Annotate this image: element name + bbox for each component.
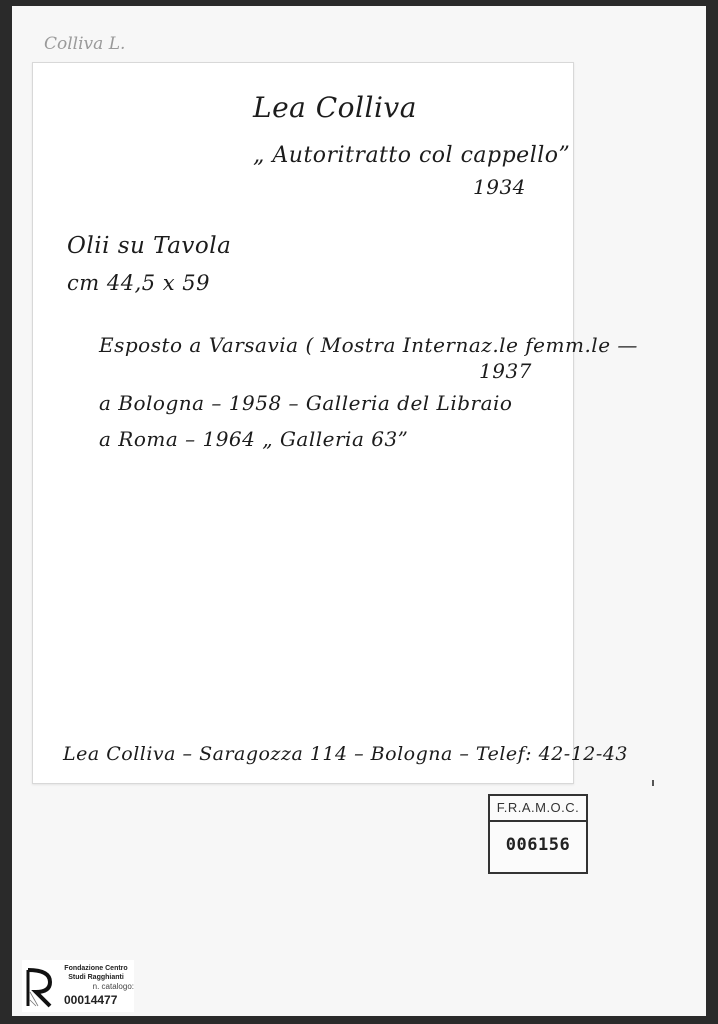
artwork-title: „ Autoritratto col cappello” <box>253 143 570 168</box>
artist-address: Lea Colliva – Saragozza 114 – Bologna – … <box>63 743 628 765</box>
stamp-header: F.R.A.M.O.C. <box>490 796 586 822</box>
artist-name: Lea Colliva <box>253 91 417 124</box>
catalog-number: 00014477 <box>58 992 134 1008</box>
ragghianti-logo-icon <box>26 966 54 1008</box>
artwork-year: 1934 <box>473 175 526 199</box>
artwork-medium: Olii su Tavola <box>67 233 231 259</box>
catalog-org-line2: Studi Ragghianti <box>58 973 134 982</box>
pencil-note: Colliva L. <box>44 34 125 54</box>
exhibition-line: 1937 <box>479 359 532 383</box>
dust-speck <box>652 780 654 786</box>
exhibition-line: Esposto a Varsavia ( Mostra Internaz.le … <box>99 333 638 357</box>
catalog-text: Fondazione Centro Studi Ragghianti n. ca… <box>58 964 134 1008</box>
catalog-label: Fondazione Centro Studi Ragghianti n. ca… <box>22 960 134 1012</box>
stamp-number: 006156 <box>490 822 586 868</box>
exhibition-line: a Roma – 1964 „ Galleria 63” <box>99 427 408 451</box>
handwritten-card: Lea Colliva „ Autoritratto col cappello”… <box>32 62 574 784</box>
photo-mount: Colliva L. Lea Colliva „ Autoritratto co… <box>12 6 706 1016</box>
catalog-number-label: n. catalogo: <box>58 982 134 992</box>
exhibition-line: a Bologna – 1958 – Galleria del Libraio <box>99 391 512 415</box>
artwork-dimensions: cm 44,5 x 59 <box>67 271 210 295</box>
framoc-stamp: F.R.A.M.O.C. 006156 <box>488 794 588 874</box>
catalog-org-line1: Fondazione Centro <box>58 964 134 973</box>
